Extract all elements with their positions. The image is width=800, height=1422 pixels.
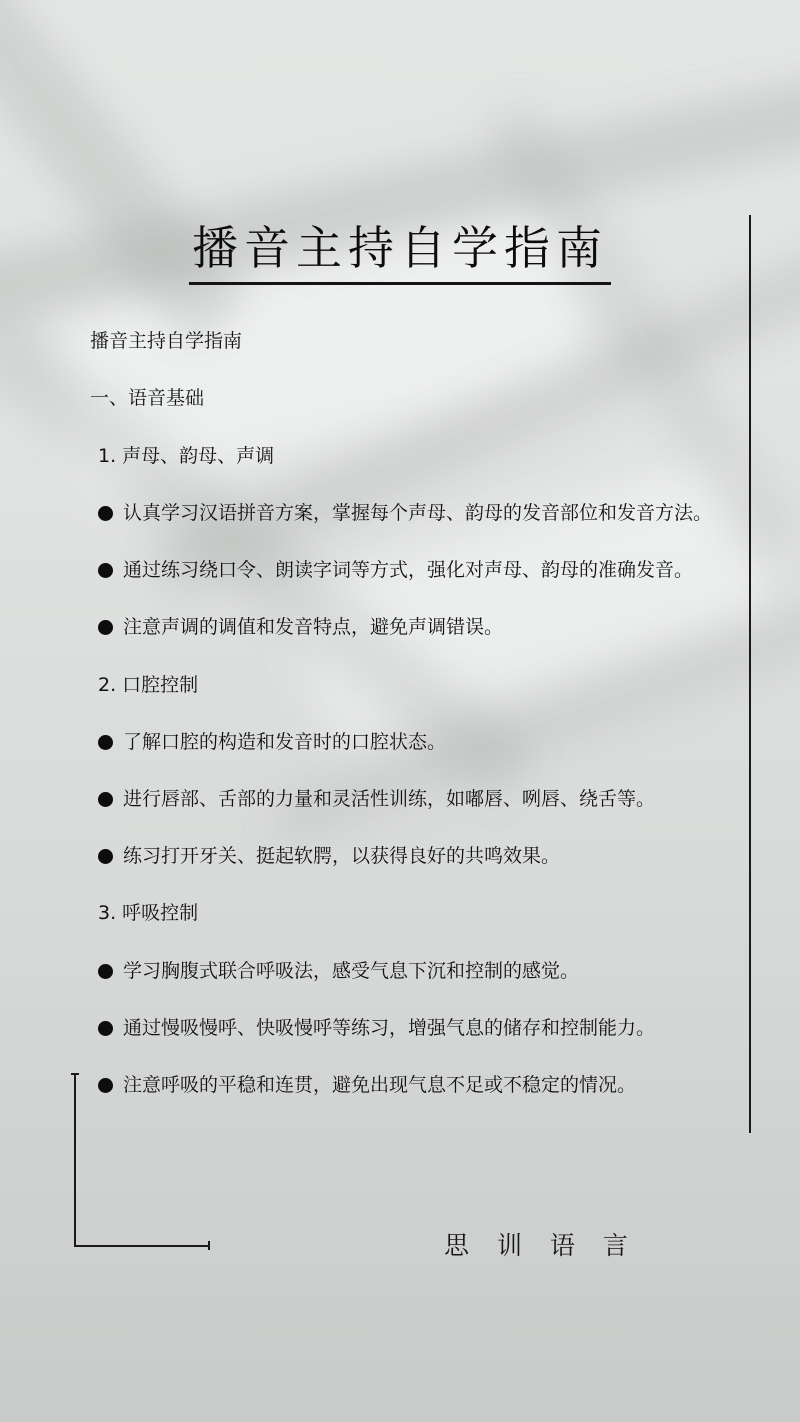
bullet-item: 学习胸腹式联合呼吸法，感受气息下沉和控制的感觉。 (98, 955, 579, 987)
subsection-label: 1. 声母、韵母、声调 (98, 440, 274, 472)
bullet-dot-icon (98, 1078, 113, 1093)
bullet-item: 注意声调的调值和发音特点，避免声调错误。 (98, 611, 503, 643)
bullet-dot-icon (98, 849, 113, 864)
bullet-text: 通过慢吸慢呼、快吸慢呼等练习，增强气息的储存和控制能力。 (123, 1012, 655, 1044)
bullet-text: 进行唇部、舌部的力量和灵活性训练，如嘟唇、咧唇、绕舌等。 (123, 783, 655, 815)
bracket-vertical-line (74, 1073, 76, 1247)
bullet-text: 通过练习绕口令、朗读字词等方式，强化对声母、韵母的准确发音。 (123, 554, 693, 586)
bracket-horizontal-line (74, 1245, 210, 1247)
document-heading: 播音主持自学指南 (90, 325, 242, 357)
bullet-item: 通过慢吸慢呼、快吸慢呼等练习，增强气息的储存和控制能力。 (98, 1012, 655, 1044)
bullet-item: 认真学习汉语拼音方案，掌握每个声母、韵母的发音部位和发音方法。 (98, 497, 712, 529)
bullet-text: 注意呼吸的平稳和连贯，避免出现气息不足或不稳定的情况。 (123, 1069, 636, 1101)
bullet-text: 注意声调的调值和发音特点，避免声调错误。 (123, 611, 503, 643)
signature: 思 训 语 言 (444, 1228, 638, 1264)
bullet-item: 注意呼吸的平稳和连贯，避免出现气息不足或不稳定的情况。 (98, 1069, 636, 1101)
bullet-text: 了解口腔的构造和发音时的口腔状态。 (123, 726, 446, 758)
bullet-item: 进行唇部、舌部的力量和灵活性训练，如嘟唇、咧唇、绕舌等。 (98, 783, 655, 815)
bullet-item: 练习打开牙关、挺起软腭，以获得良好的共鸣效果。 (98, 840, 560, 872)
bullet-text: 学习胸腹式联合呼吸法，感受气息下沉和控制的感觉。 (123, 955, 579, 987)
bullet-dot-icon (98, 506, 113, 521)
bullet-item: 了解口腔的构造和发音时的口腔状态。 (98, 726, 446, 758)
poster-title: 播音主持自学指南 (190, 218, 610, 278)
bracket-cap-right (208, 1241, 210, 1250)
bullet-dot-icon (98, 792, 113, 807)
bullet-dot-icon (98, 620, 113, 635)
bullet-dot-icon (98, 964, 113, 979)
subsection-label: 3. 呼吸控制 (98, 897, 198, 929)
background (0, 0, 800, 1422)
subsection-label: 2. 口腔控制 (98, 669, 198, 701)
bullet-dot-icon (98, 563, 113, 578)
bullet-text: 认真学习汉语拼音方案，掌握每个声母、韵母的发音部位和发音方法。 (123, 497, 712, 529)
bullet-dot-icon (98, 1021, 113, 1036)
section-heading: 一、语音基础 (90, 382, 204, 414)
title-underline (189, 282, 611, 285)
right-vertical-rule (749, 215, 751, 1133)
bullet-item: 通过练习绕口令、朗读字词等方式，强化对声母、韵母的准确发音。 (98, 554, 693, 586)
bullet-text: 练习打开牙关、挺起软腭，以获得良好的共鸣效果。 (123, 840, 560, 872)
bullet-dot-icon (98, 735, 113, 750)
